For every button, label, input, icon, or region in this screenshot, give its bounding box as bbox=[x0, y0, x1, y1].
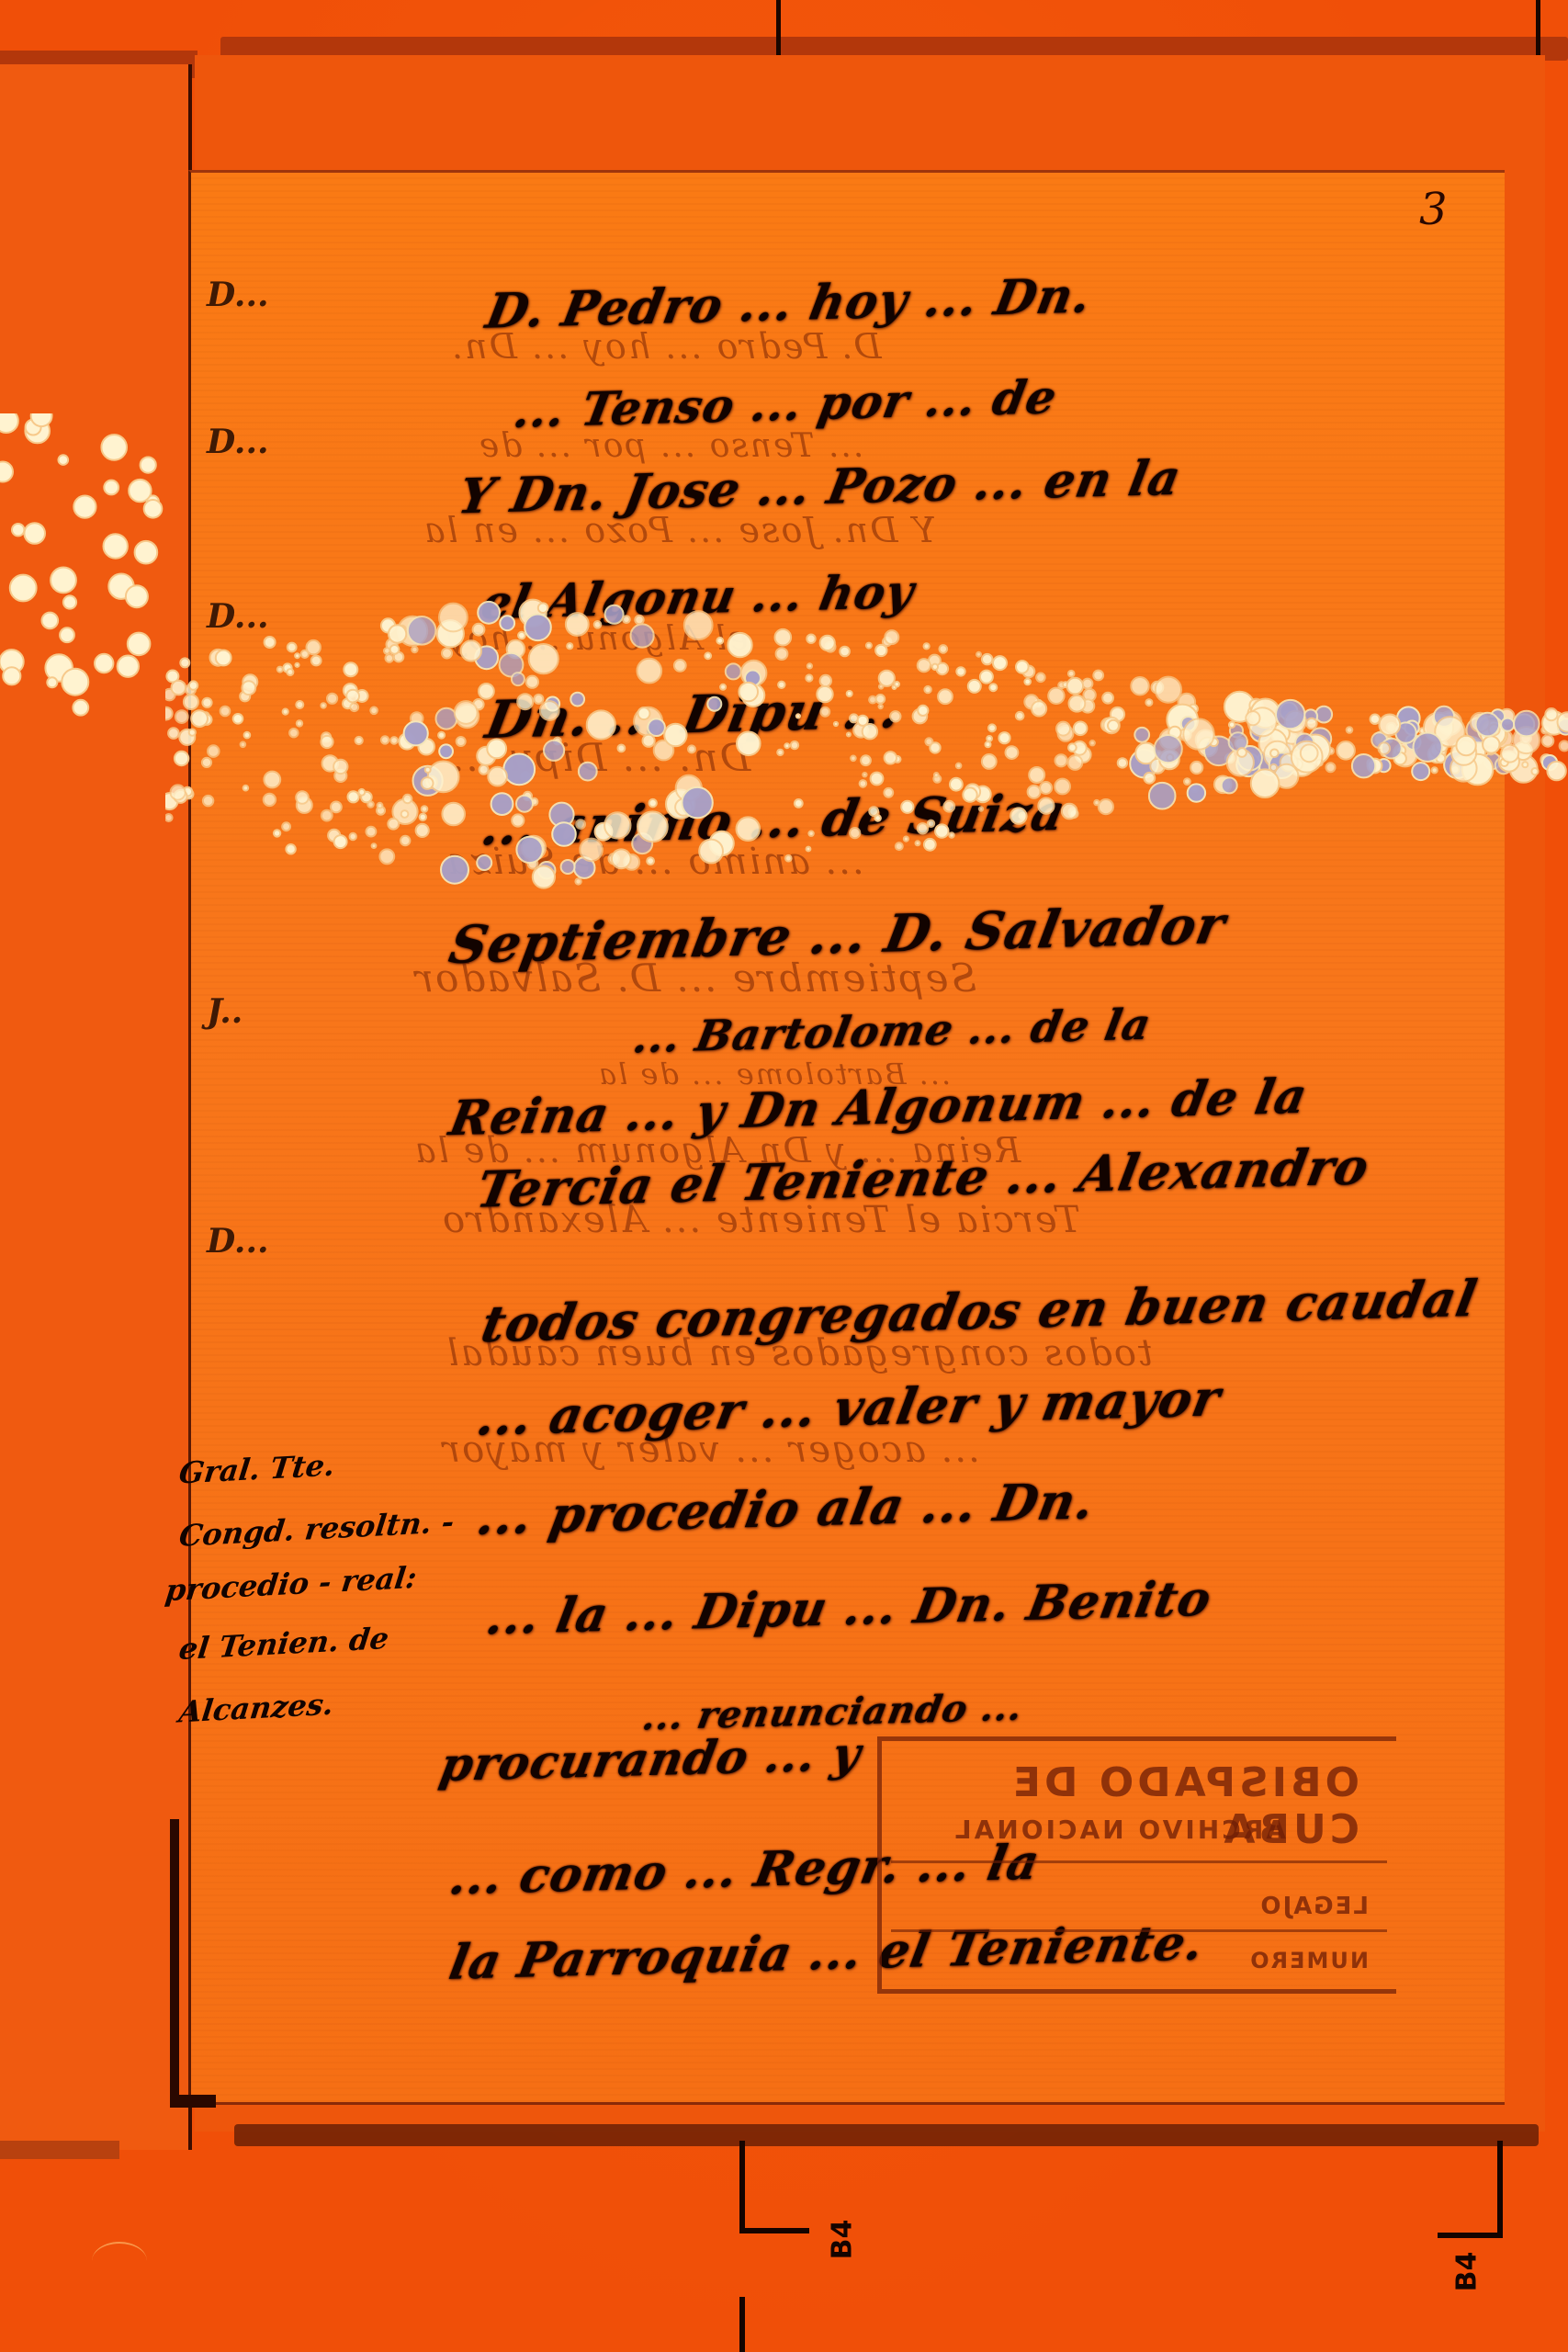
crop-label-right: B4 bbox=[1450, 2252, 1483, 2292]
stamp-line-4: NUMERO bbox=[1248, 1948, 1369, 1973]
left-margin-fragment: D... bbox=[207, 597, 269, 636]
adjacent-folded-page bbox=[0, 64, 192, 2150]
stamp-rule bbox=[891, 1929, 1387, 1932]
page-binding-edge bbox=[170, 1819, 216, 2108]
manuscript-line: Dn. ... Dipu ... bbox=[481, 679, 906, 751]
left-margin-fragment: J.. bbox=[207, 992, 243, 1031]
left-margin-fragment: D... bbox=[207, 1222, 269, 1261]
crop-line-bottom bbox=[739, 2297, 745, 2352]
adjacent-page-spots bbox=[0, 413, 211, 717]
crop-line-top-left bbox=[776, 0, 781, 55]
adjacent-page-shadow bbox=[0, 2141, 119, 2159]
archive-stamp: OBISPADO DE CUBA ARCHIVO NACIONAL LEGAJO… bbox=[877, 1736, 1396, 1994]
crop-mark-bottom-right bbox=[1438, 2141, 1503, 2238]
manuscript-line: procurando ... y bbox=[436, 1726, 866, 1792]
paper-fiber bbox=[92, 2242, 147, 2280]
page-bottom-shadow bbox=[234, 2124, 1539, 2146]
page-number: 3 bbox=[1419, 184, 1448, 235]
stamp-line-2: ARCHIVO NACIONAL bbox=[953, 1815, 1286, 1845]
crop-mark-bottom-left bbox=[739, 2141, 809, 2233]
left-margin-fragment: D... bbox=[207, 276, 269, 314]
crop-label-left: B4 bbox=[826, 2220, 858, 2260]
stamp-line-3: LEGAJO bbox=[1258, 1893, 1369, 1920]
left-margin-fragment: D... bbox=[207, 423, 269, 461]
manuscript-line: el Algonu ... hoy bbox=[478, 564, 919, 630]
stamp-rule bbox=[891, 1860, 1387, 1863]
crop-line-top-right bbox=[1536, 0, 1540, 55]
